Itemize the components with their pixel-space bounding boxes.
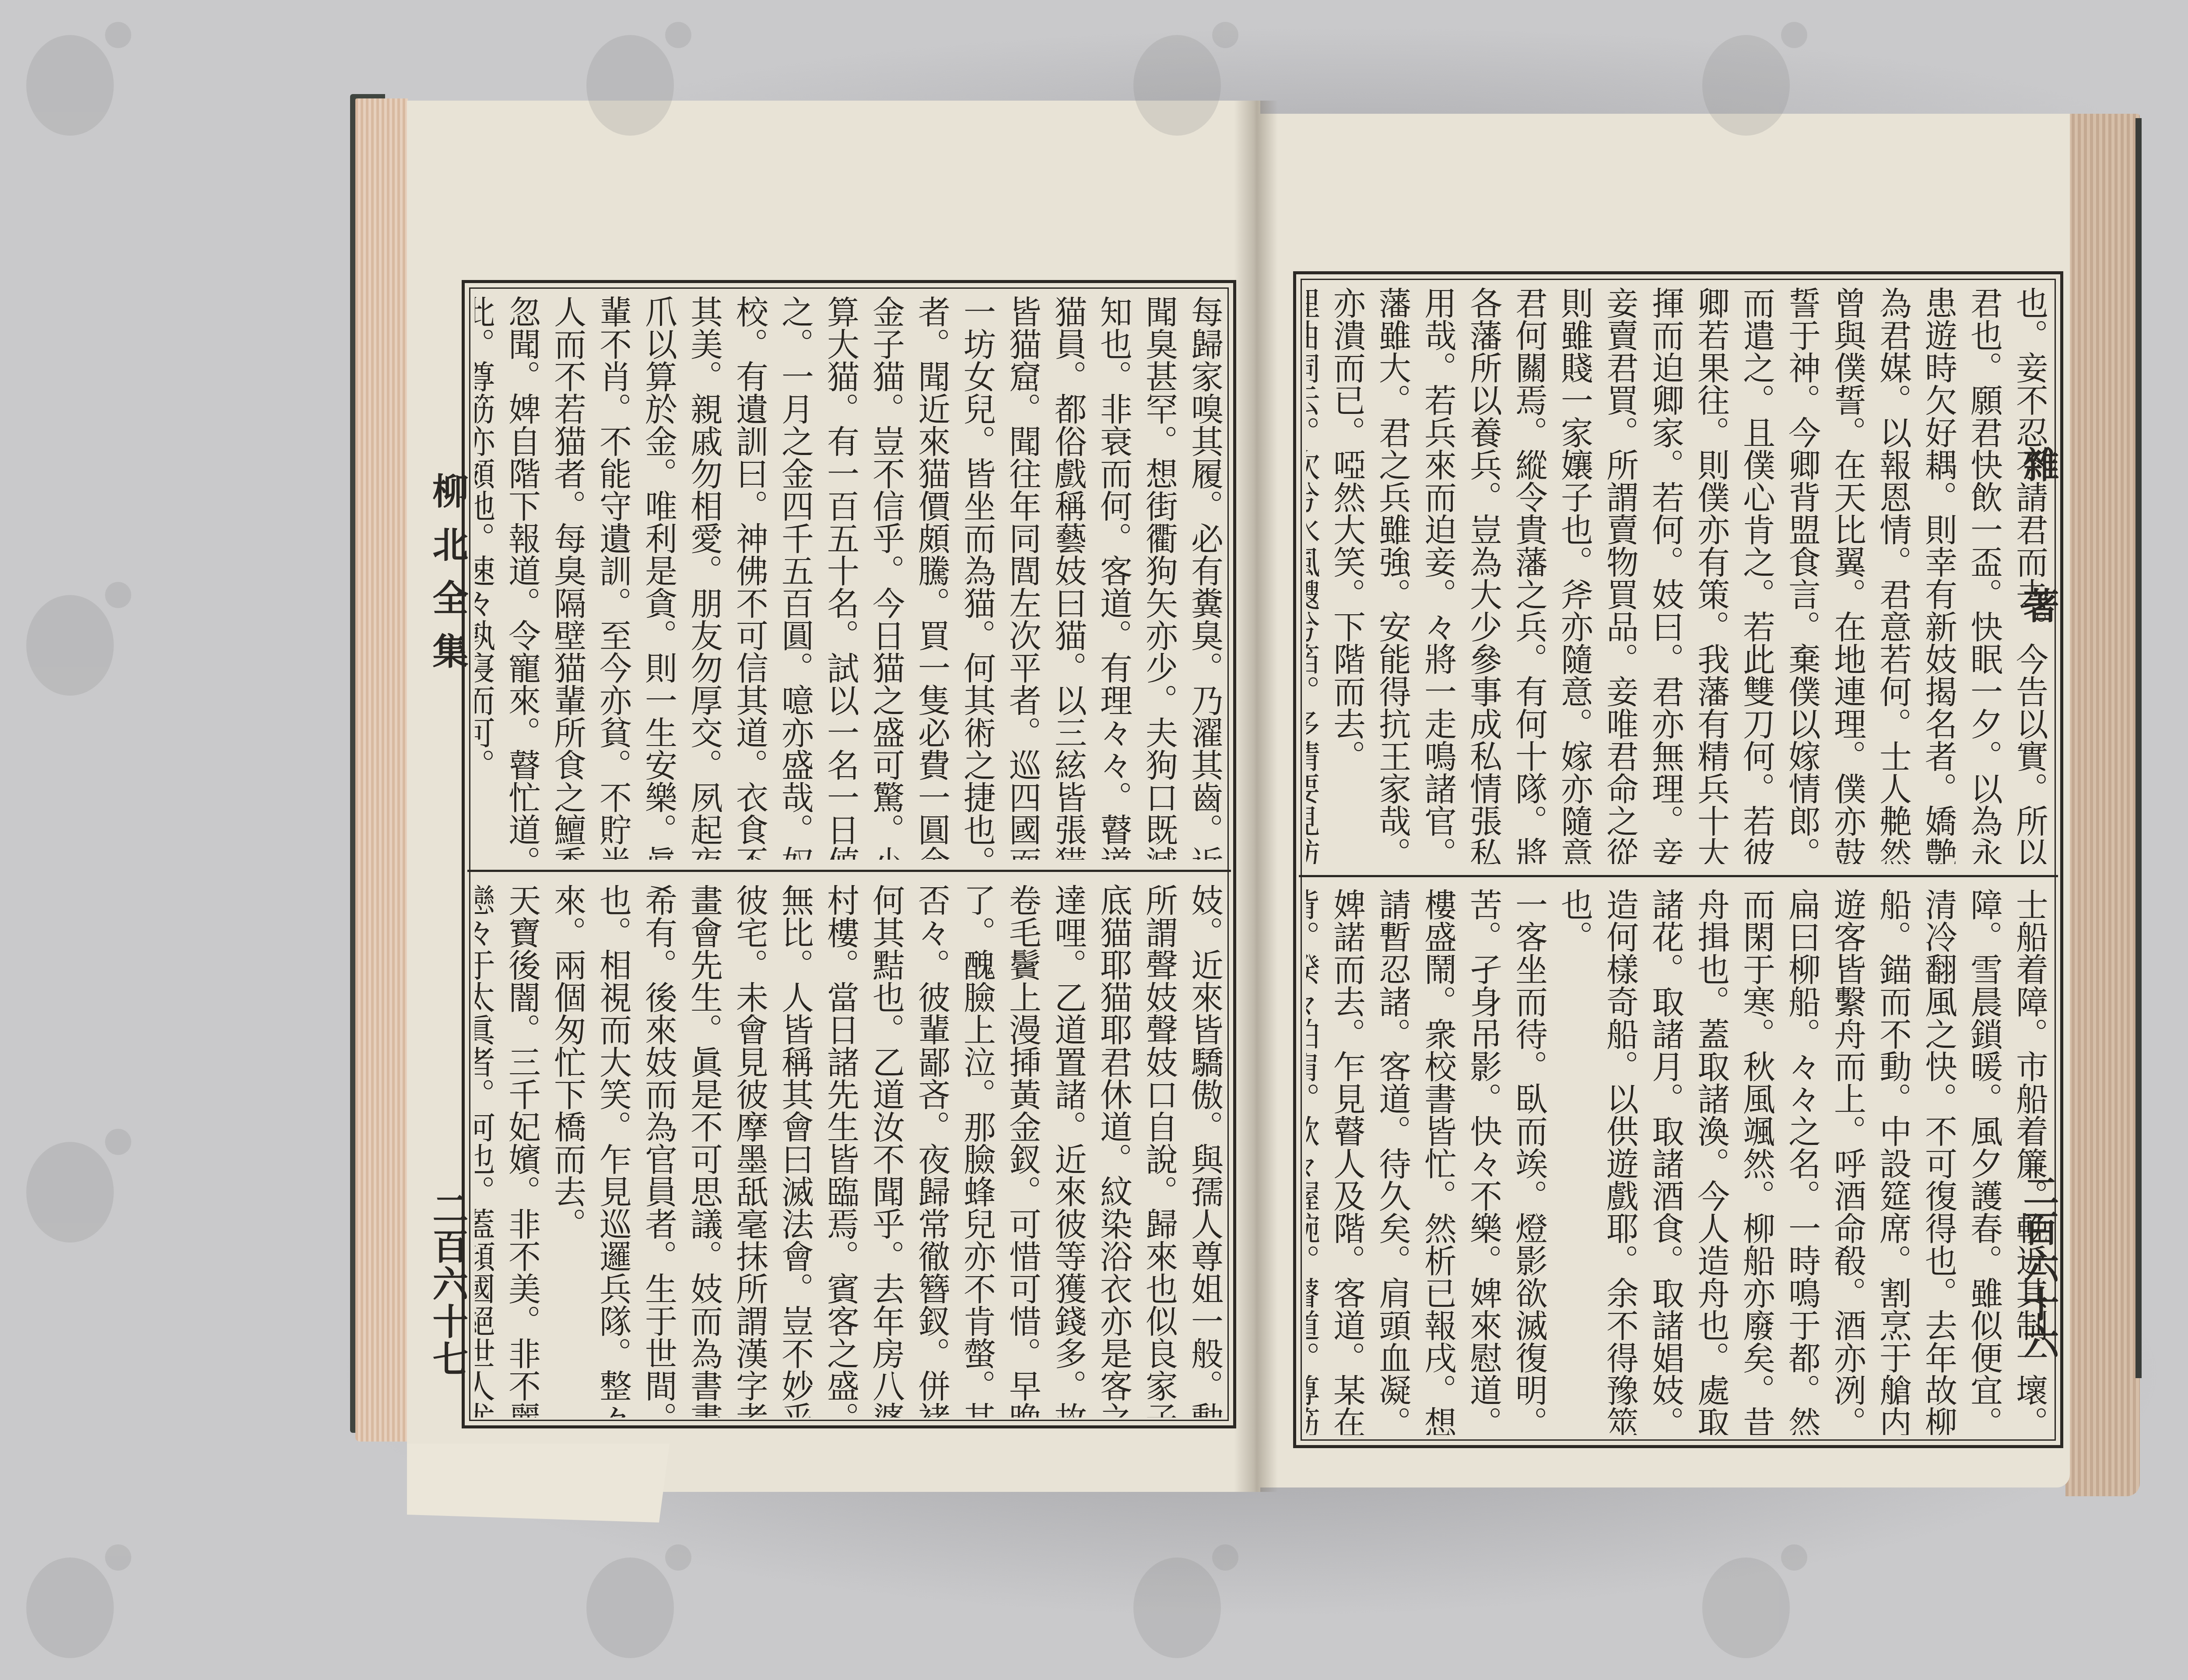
watermark-logo-icon	[9, 1531, 140, 1662]
text-column: 算大猫。有一百五十名。試以一名一日値一圓計	[818, 295, 863, 860]
text-column: 畫會先生。眞是不可思議。妓而為書畫先生者。古今	[681, 884, 727, 1417]
text-column: 君何關焉。縱令貴藩之兵。有何十隊。將奈妾何。且	[1506, 287, 1552, 864]
page-edges-left	[355, 98, 408, 1442]
book-gutter	[1234, 101, 1278, 1492]
text-column: 則雖賤一家孃子也。斧亦隨意。嫁亦隨意。自由自在。	[1552, 287, 1597, 864]
left-page-upper-text: 每歸家嗅其履。必有糞臭。乃濯其齒。近來臭履。聞臭甚罕。想街衢狗矢亦少。夫狗口既減…	[475, 295, 1227, 860]
text-column: 遊客皆繫舟而上。呼酒命殽。酒亦冽。殽亦美。其船	[1825, 888, 1870, 1435]
running-title-left: 柳北全集	[422, 472, 473, 686]
text-column: 請暫忍諸。客道。待久矣。肩頭血凝。你招按摩師來。	[1370, 888, 1415, 1435]
watermark-logo-icon	[1116, 1531, 1247, 1662]
text-column: 每歸家嗅其履。必有糞臭。乃濯其齒。近來臭履。	[1182, 295, 1227, 860]
text-column: 忽聞。婢自階下報道。令寵來。瞽忙道。猫話盡于	[499, 295, 545, 860]
watermark-logo-icon	[1685, 1531, 1816, 1662]
text-column: 各藩所以養兵。豈為大少參事成私情張私威而	[1461, 287, 1506, 864]
text-column: 卿若果往。則僕亦有策。我藩有精兵十大隊。僕將指	[1688, 287, 1734, 864]
text-column: 皆猫窟。聞往年同閭左次平者。巡四國而為狙。方今	[1000, 295, 1045, 860]
text-column: 亦潰而已。啞然大笑。下階而去。	[1324, 287, 1370, 864]
watermark-logo-icon	[1116, 9, 1247, 140]
right-page-upper-text: 也。妾不忍不請君而去。今告以實。所以不騙君也。願君快飲一盃。快眠一夕。以為永訣。…	[1306, 287, 2052, 864]
text-column: 戀々于太眞者。何也。蓋傾國絕世人尤物。與頑德	[475, 884, 499, 1417]
left-page-section-divider	[467, 870, 1231, 872]
text-column: 來。兩個匆忙下橋而去。	[545, 884, 590, 1417]
text-column: 患遊時欠好耦。則幸有新妓揭名者。嬌艶可愛。妾	[1916, 287, 1961, 864]
watermark-logo-icon	[1685, 9, 1816, 140]
right-page-lower-text: 士船着障。市船着簾。輓近其制一壞。各舫皆廢簾作障。雪晨鎖暖。風夕護春。雖似便宜。…	[1306, 888, 2052, 1435]
text-column: 樓盛鬧。衆校書皆忙。然析已報戌。想令寵早晚歸來。	[1415, 888, 1461, 1435]
text-column: 村樓。當日諸先生皆臨焉。賓客之盛。賀金之夥。近來	[818, 884, 863, 1417]
watermark-logo-icon	[569, 9, 700, 140]
text-column: 揮而迫卿家。若何。妓曰。君亦無理。妾今賣身以活。	[1643, 287, 1688, 864]
text-column: 輩不肖。不能守遺訓。至今亦貧。不貯半文錢。	[590, 295, 636, 860]
text-column: 婢諾而去。乍見瞽人及階。客道。某在此。瞽坐客	[1324, 888, 1370, 1435]
text-column: 猫員。都俗戲稱藝妓曰猫。以三絃皆張猫皮也。日殖。亦賴狗之減耶。奴宅四隣	[1045, 295, 1091, 860]
text-column: 聞臭甚罕。想街衢狗矢亦少。夫狗口既減。人口之減可	[1136, 295, 1182, 860]
page-edges-right[interactable]	[2065, 114, 2140, 1496]
open-book: 每歸家嗅其履。必有糞臭。乃濯其齒。近來臭履。聞臭甚罕。想街衢狗矢亦少。夫狗口既減…	[0, 0, 2188, 1680]
left-page-lower-text: 妓。近來皆驕傲。與孺人尊姐一般。動不下人視上人。所謂聲妓聲妓口自說。歸來也似良家…	[475, 884, 1227, 1417]
text-column: 卷毛鬢上漫揷黃金釵。可惜可惜。早晚遇拐兒抽	[1000, 884, 1045, 1417]
running-title-right: 雜著	[2013, 446, 2064, 728]
text-column: 何其黠也。乙道汝不聞乎。去年房八婆開書畫會于中	[863, 884, 909, 1417]
text-column: 金子猫。豈不信乎。今日猫之盛可驚。小猫不論。獨	[863, 295, 909, 860]
text-column: 俚曲詞云。吹兮水風颼兮箔。多情要見舫裏客。盛夏之	[1306, 287, 1324, 864]
text-column: 舟揖也。蓋取諸渙。今人造舟也。處取不一。取	[1688, 888, 1734, 1435]
text-column: 人而不若猫者。每臭隔壁猫輩所食之鱣香以飯耳。	[545, 295, 590, 860]
text-column: 用哉。若兵來而迫妾。々將一走鳴諸官。不知君之	[1415, 287, 1461, 864]
watermark-logo-icon	[9, 9, 140, 140]
text-column: 無比。人皆稱其會曰滅法會。豈不妙乎。余屢往	[772, 884, 818, 1417]
text-column: 達哩。乙道置諸。近來彼等獲錢多。故奢侈為風。	[1045, 884, 1091, 1417]
text-column: 所謂聲妓聲妓口自說。歸來也似良家子。聞得愕了。到	[1136, 884, 1182, 1417]
book-cover-right	[2135, 118, 2142, 1378]
text-column: 者。聞近來猫價頗騰。買一隻必費一圓金。諺曰。圓	[909, 295, 954, 860]
page-number-left: 二百六十七	[422, 1190, 473, 1378]
text-column: 誓于神。今卿背盟食言。棄僕以嫁情郎。僕何忍默	[1779, 287, 1825, 864]
text-column: 希有。後來妓而為官員者。生于世間。亦不可測	[636, 884, 681, 1417]
text-column: 彼宅。未會見彼摩墨舐毫抹所謂漢字者。而為書	[727, 884, 772, 1417]
text-column: 了。醜臉上泣。那臉蜂兒亦不肯螫。其態可見。甲道	[954, 884, 1000, 1417]
watermark-logo-icon	[9, 569, 140, 700]
text-column: 君也。願君快飲一盃。快眠一夕。以為永訣。君若	[1961, 287, 2007, 864]
text-column: 為君媒。以報恩情。君意若何。士人艴然作色曰。卿	[1870, 287, 1916, 864]
text-column: 而閑于寒。秋風颯然。柳船亦廢矣。昔者軒轅氏之造	[1734, 888, 1779, 1435]
text-column: 其美。親戚勿相愛。朋友勿厚交。夙起夜寐。火於	[681, 295, 727, 860]
watermark-logo-icon	[569, 1531, 700, 1662]
text-column: 一客坐而待。臥而竢。燈影欲滅復明。酒味似酸又	[1506, 888, 1552, 1435]
text-column: 之。一月之金四千五百圓。噫亦盛哉。奴之先師赤西撿	[772, 295, 818, 860]
page-corner-curl[interactable]	[407, 1444, 670, 1522]
text-column: 爪以算於金。唯利是貪。則一生安樂。眞是至言。奴	[636, 295, 681, 860]
text-column: 妾賣君買。所謂賣物買品。妾唯君命之從。妾一朝脫籍	[1597, 287, 1643, 864]
text-column: 諸花。取諸月。取諸酒食。取諸娼妓。不知後來別	[1643, 888, 1688, 1435]
text-column: 天寶後闇。三千妃嬪。非不美。非不麗。而明皇獨	[499, 884, 545, 1417]
text-column: 妓。近來皆驕傲。與孺人尊姐一般。動不下人視上人。	[1182, 884, 1227, 1417]
text-column: 造何樣奇船。以供遊戲耶。余不得豫筮諸今日	[1597, 888, 1643, 1435]
text-column: 障。雪晨鎖暖。風夕護春。雖似便宜。而青々之簾	[1961, 888, 2007, 1435]
text-column: 背。揆々拍肩。軟々握腕。瞽道。尊筋頗硬。定感時	[1306, 888, 1324, 1435]
text-column: 清冷翻風之快。不可復得也。去年故柳橋前泛一大	[1916, 888, 1961, 1435]
text-column: 船。錨而不動。中設筵席。割烹于艙内。如小酒樓。	[1870, 888, 1916, 1435]
watermark-logo-icon	[9, 1116, 140, 1247]
text-column: 也。相視而大笑。乍見巡邏兵隊。整々荷銃。叱咤而	[590, 884, 636, 1417]
text-column: 知也。非衰而何。客道。有理々々。瞽道。近年此地	[1091, 295, 1136, 860]
text-column: 此。尊筋亦頗弛。速々孰寢而可。	[475, 295, 499, 860]
text-column: 扁曰柳船。々々之名。一時鳴于都。然舟舫忙于熱。	[1779, 888, 1825, 1435]
text-column: 苦。孑身吊影。快々不樂。婢來慰道。本日一六。各	[1461, 888, 1506, 1435]
text-column: 而遣之。且僕心肯之。若此雙刀何。若彼神祇何	[1734, 287, 1779, 864]
text-column: 一坊女兒。皆坐而為猫。何其術之捷也。奴思公亦愛猫	[954, 295, 1000, 860]
right-page-section-divider	[1299, 875, 2058, 877]
text-column: 曾與僕誓。在天比翼。在地連理。僕亦鼓力。以獻	[1825, 287, 1870, 864]
text-column: 否々。彼輩鄙吝。夜歸常徹簪釵。併褚生卷而懷之。	[909, 884, 954, 1417]
text-column: 藩雖大。君之兵雖強。安能得抗王家哉。錦旗一出	[1370, 287, 1415, 864]
text-column: 校。有遺訓曰。神佛不可信其道。衣食不可擇	[727, 295, 772, 860]
text-column: 底猫耶猫耶君休道。紋染浴衣亦是客之纏頭。訊得不	[1091, 884, 1136, 1417]
page-number-right: 二百六十六	[2013, 1172, 2064, 1361]
text-column: 也。	[1552, 888, 1597, 1435]
